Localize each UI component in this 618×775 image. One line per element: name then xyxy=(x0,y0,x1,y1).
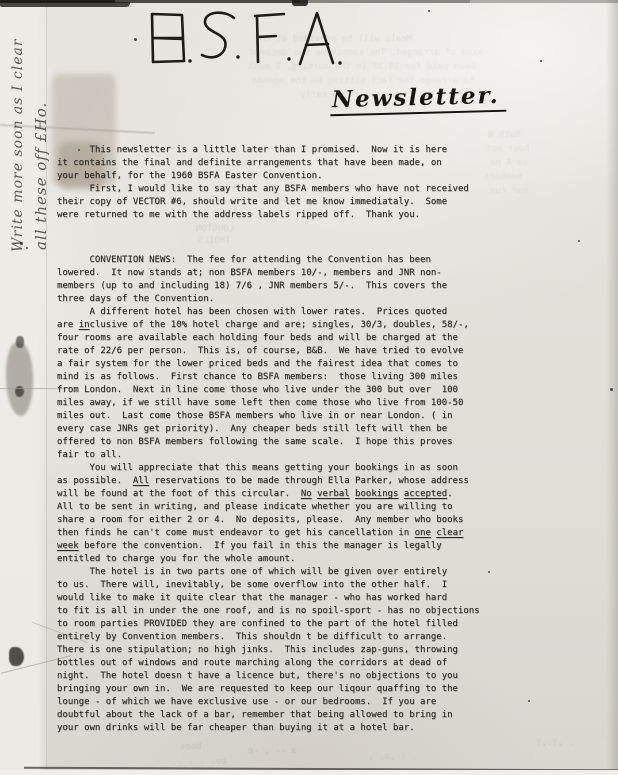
bleedthrough-text: . ,!.,! xyxy=(536,738,574,748)
bleedthrough-text: bnos xyxy=(180,742,202,752)
bleedthrough-text: been paid for 10.30 in the morning, I mu… xyxy=(248,62,476,72)
typed-line: bottles out of windows and route marchin… xyxy=(57,657,480,670)
bleedthrough-text: Ruth W xyxy=(488,130,521,140)
bleedthrough-text: to arrange the fact sitting on the agend… xyxy=(252,76,474,86)
typed-line: entitled to charge you for the whole amo… xyxy=(57,553,480,566)
typed-line: a fair system for the lower priced beds … xyxy=(57,358,480,371)
typed-line: offered to non BSFA members following th… xyxy=(57,436,480,449)
speck xyxy=(20,242,23,245)
speck xyxy=(78,149,80,151)
bleedthrough-text: Meals will be provided at the xyxy=(255,34,412,44)
speck xyxy=(540,60,542,62)
typed-line: You will appreciate that this means gett… xyxy=(57,462,480,475)
typed-text: This newsletter is a little later than I… xyxy=(57,144,480,735)
typed-line: week before the convention. If you fail … xyxy=(57,540,480,553)
typed-line: fair to all. xyxy=(57,449,480,462)
typed-line: There is one stipulation; no high jinks.… xyxy=(57,644,480,657)
typed-line: would like to make it quite clear that t… xyxy=(57,592,480,605)
typed-line: from London. Next in line come those who… xyxy=(57,384,480,397)
speck xyxy=(610,388,613,391)
paragraph-5: The hotel is in two parts one of which w… xyxy=(57,566,480,735)
typed-line: your own drinks will be far cheaper than… xyxy=(57,722,480,735)
bleedthrough-text: LOUGTON xyxy=(196,224,234,234)
typed-line: The hotel is in two parts one of which w… xyxy=(57,566,480,579)
scanned-newsletter-page: Newsletter. Write more soon as I clear a… xyxy=(0,0,618,775)
typed-line: bringing your own in. We are requested t… xyxy=(57,683,480,696)
typed-line: lounge - of which we have exclusive use … xyxy=(57,696,480,709)
typed-line: their copy of VECTOR #6, should write an… xyxy=(57,196,480,209)
typed-line: three days of the Convention. xyxy=(57,293,480,306)
bleedthrough-text: ov. . . . xyxy=(178,757,227,767)
typed-line: then finds he can't come must endeavor t… xyxy=(57,527,480,540)
typed-line: doubtful about the lack of a bar, rememb… xyxy=(57,709,480,722)
paragraph-gap xyxy=(57,222,480,254)
ink-blot xyxy=(9,647,24,666)
bleedthrough-text: our run xyxy=(490,186,528,196)
typed-line: were returned to me with the address lab… xyxy=(57,209,480,222)
typed-line: to us. There will, inevitably, be some o… xyxy=(57,579,480,592)
typed-line: lowered. It now stands at; non BSFA memb… xyxy=(57,267,480,280)
typed-line: to fit is all in under the one roof, and… xyxy=(57,605,480,618)
bleedthrough-text: THOILS xyxy=(198,236,231,246)
typed-line: entirely by Convention members. This sho… xyxy=(57,631,480,644)
typed-line: will be found at the foot of this circul… xyxy=(57,488,480,501)
bleedthrough-text: members xyxy=(484,172,522,182)
typed-line: it contains the final and definite arran… xyxy=(57,157,480,170)
ink-smudge xyxy=(6,342,33,416)
paragraph-1: This newsletter is a little later than I… xyxy=(57,144,480,222)
speck xyxy=(528,700,530,702)
paragraph-3: A different hotel has been chosen with l… xyxy=(57,306,480,462)
typed-line: members (up to and including 18) 7/6 , J… xyxy=(57,280,480,293)
typed-line: your behalf, for the 1960 BSFA Easter Co… xyxy=(57,170,480,183)
typed-line: miles away, if we still have some left t… xyxy=(57,397,480,410)
scan-top-edge-mark xyxy=(292,0,308,6)
margin-handwriting-line2: all these off £Ho. xyxy=(32,102,50,250)
typed-line: miles out. Last come those BSFA members … xyxy=(57,410,480,423)
speck xyxy=(488,571,490,573)
paper-crease xyxy=(0,388,64,389)
speck xyxy=(578,240,580,242)
bleedthrough-text: so A no xyxy=(490,158,528,168)
typed-line: every case JNRs get priority). Any cheap… xyxy=(57,423,480,436)
typed-line: All to be sent in writing, and please in… xyxy=(57,501,480,514)
ink-spot-small xyxy=(16,336,24,348)
typed-line: mind is as follows. First chance to BSFA… xyxy=(57,371,480,384)
paragraph-4: You will appreciate that this means gett… xyxy=(57,462,480,566)
bleedthrough-text: . ( ,o. , xyxy=(368,752,417,762)
typed-line: four rooms are available each holding fo… xyxy=(57,332,480,345)
bleedthrough-text: , . . xyxy=(600,730,618,740)
typed-line: rate of 22/6 per person. This is, of cou… xyxy=(57,345,480,358)
bleedthrough-text: particularly in an early xyxy=(300,90,430,100)
scanner-background xyxy=(0,770,618,775)
typed-line: are inclusive of the 10% hotel charge an… xyxy=(57,319,480,332)
typed-line: A different hotel has been chosen with l… xyxy=(57,306,480,319)
typed-line: This newsletter is a little later than I… xyxy=(57,144,480,157)
speck xyxy=(26,247,28,249)
margin-handwriting-line1: Write more soon as I clear xyxy=(10,38,26,252)
typed-line: First, I would like to say that any BSFA… xyxy=(57,183,480,196)
typed-line: to room parties PROVIDED they are confin… xyxy=(57,618,480,631)
speck xyxy=(134,38,137,41)
typed-line: share a room for either 2 or 4. No depos… xyxy=(57,514,480,527)
typed-line: as possible. All reservations to be made… xyxy=(57,475,480,488)
bleedthrough-text: a -- , -e xyxy=(248,746,297,756)
scan-top-edge-blob xyxy=(0,2,130,7)
paragraph-2: CONVENTION NEWS: The fee for attending t… xyxy=(57,254,480,306)
speck xyxy=(428,10,430,12)
bleedthrough-text: kind of arranged. The committee has deci… xyxy=(250,48,483,58)
typed-line: CONVENTION NEWS: The fee for attending t… xyxy=(57,254,480,267)
bleedthrough-text: hour not xyxy=(486,144,529,154)
typed-line: night. The hotel doesn t have a licence … xyxy=(57,670,480,683)
